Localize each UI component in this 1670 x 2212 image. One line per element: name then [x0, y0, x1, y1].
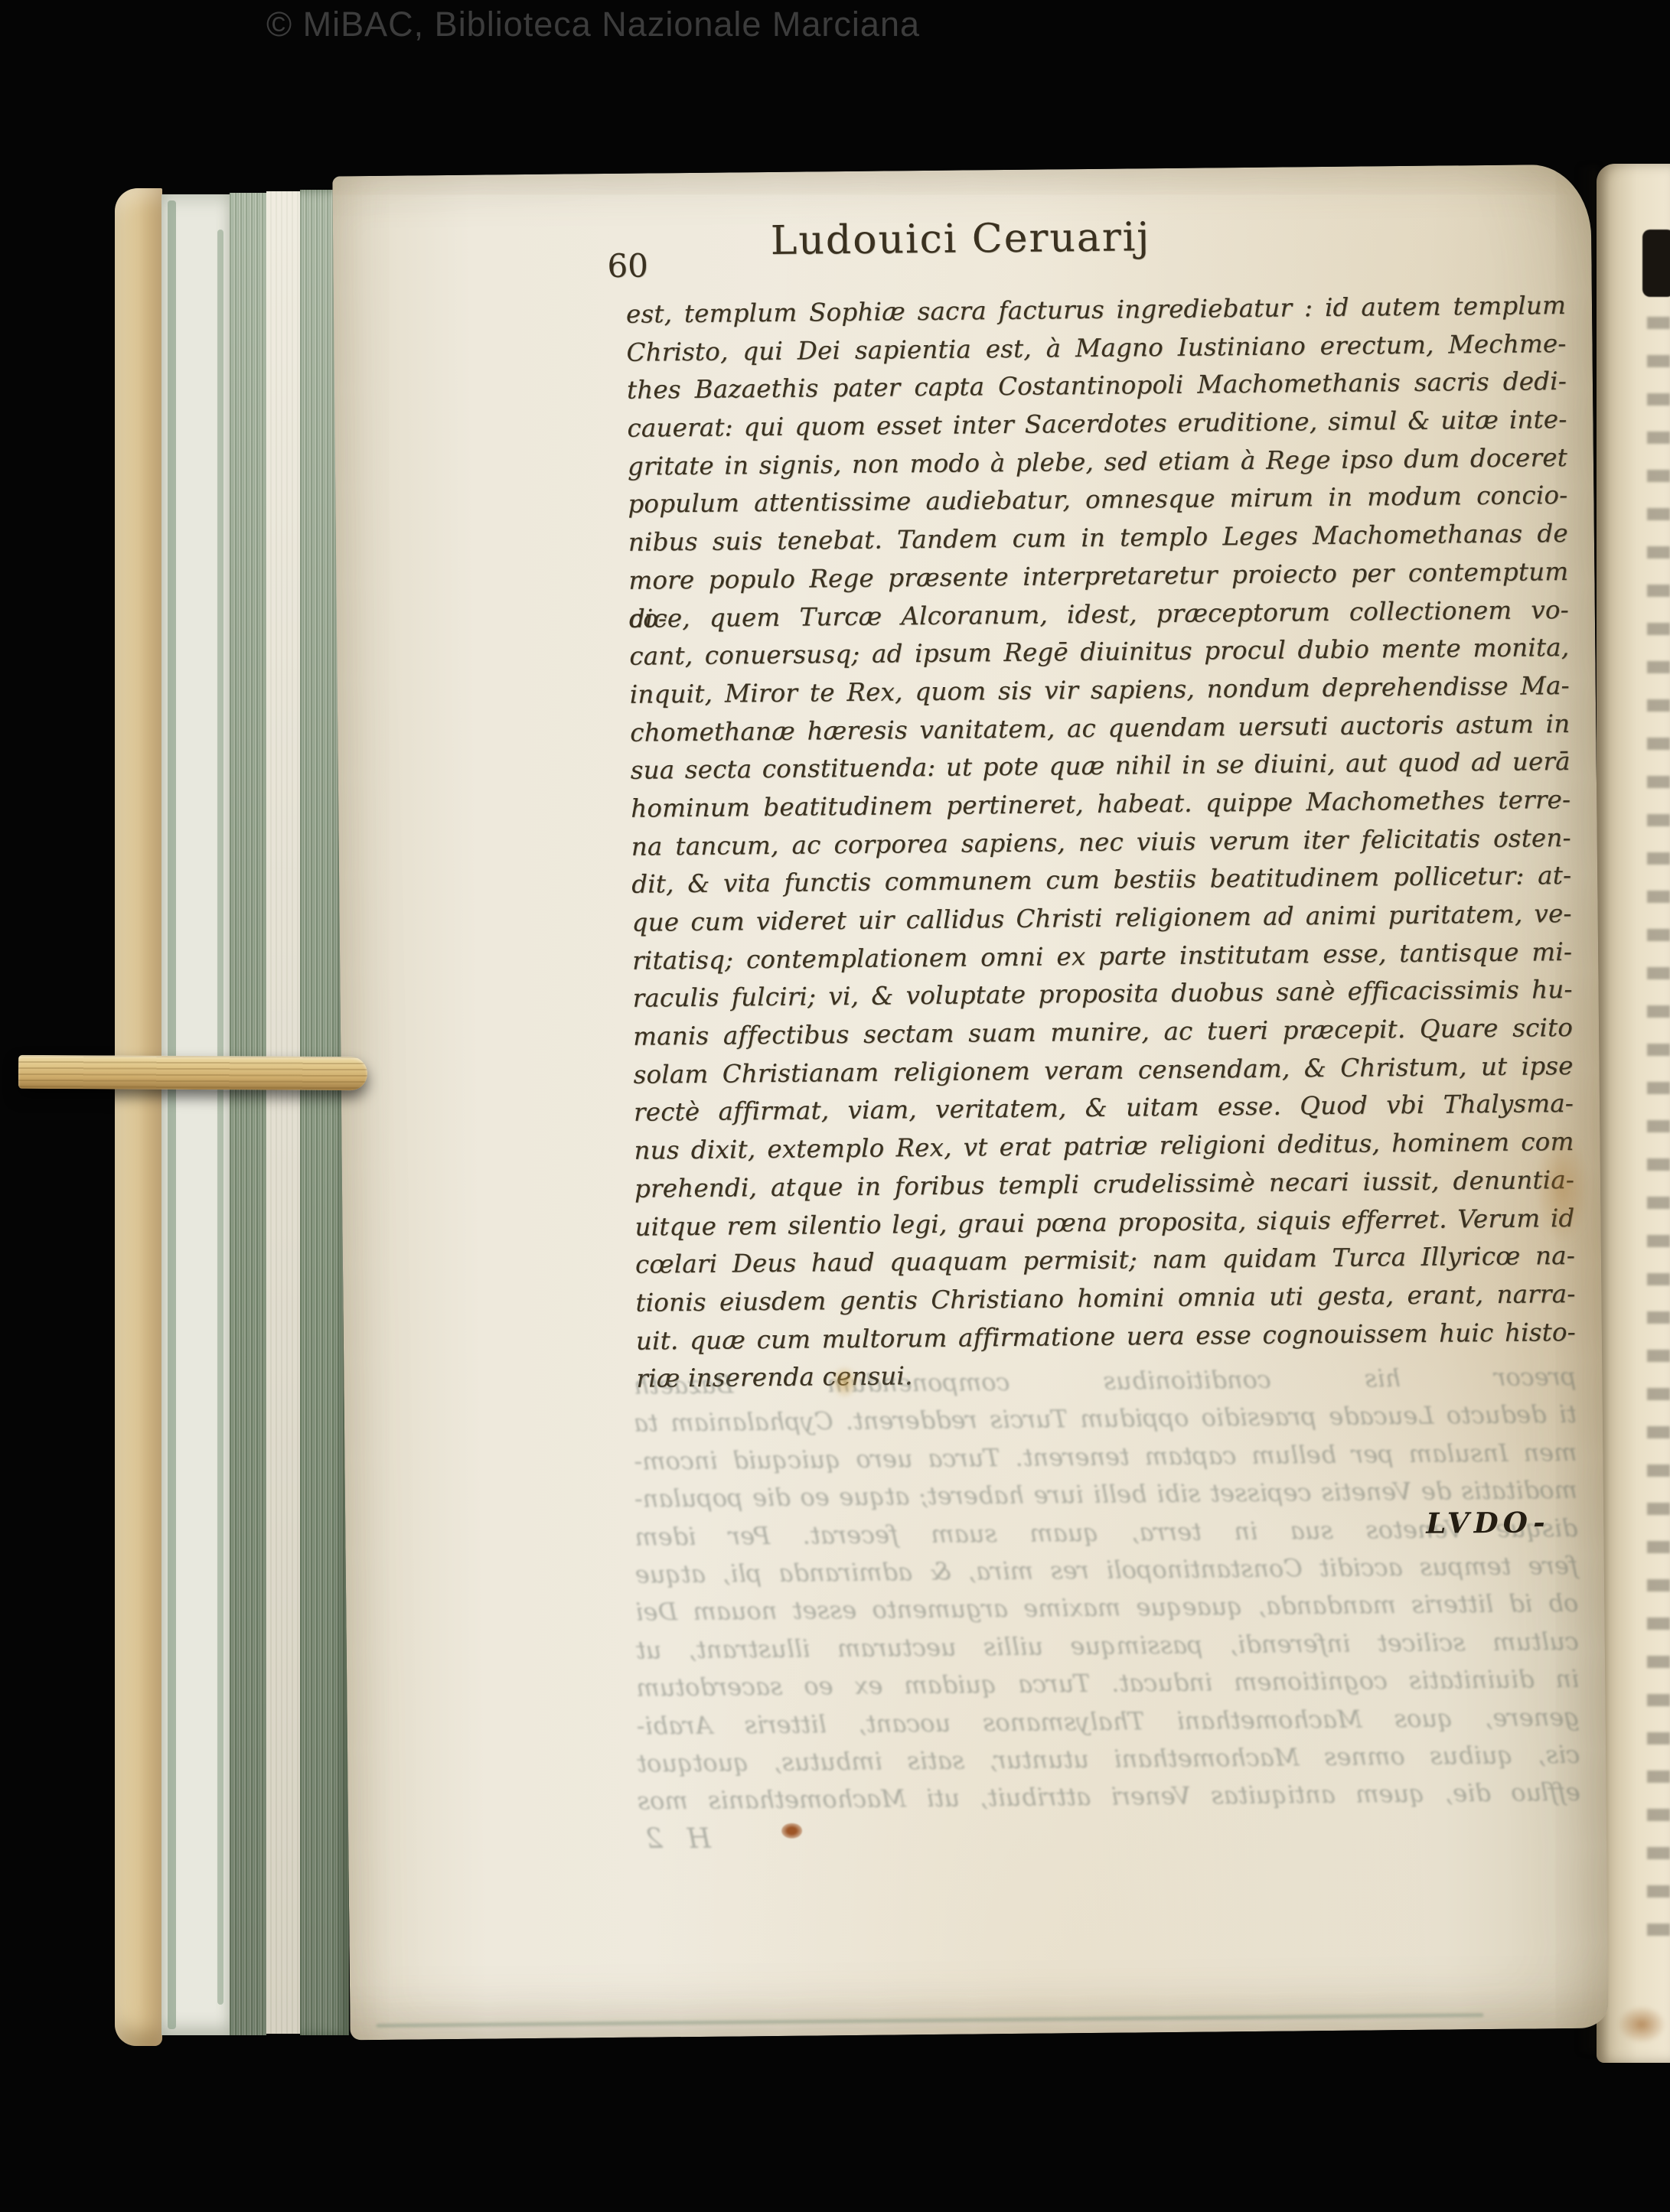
stain [830, 1365, 858, 1399]
wooden-bookmark-stick [18, 1055, 367, 1090]
running-header: Ludouici Ceruarij [693, 213, 1229, 265]
page-bottom-edge-line [376, 2013, 1483, 2028]
flyleaf-border-line [217, 230, 223, 2005]
body-text: est, templum Sophiæ sacra facturus ingre… [626, 287, 1577, 1399]
page-number: 60 [607, 246, 648, 285]
facing-page-clipped-text [1647, 279, 1670, 1946]
library-watermark: © MiBAC, Biblioteca Nazionale Marciana [266, 5, 920, 44]
facing-page-initial-letter-fragment [1642, 230, 1670, 297]
book-page: 60 Ludouici Ceruarij est, templum Sophiæ… [332, 165, 1608, 2041]
cream-fore-edge-band [266, 191, 300, 2034]
photo-of-open-book: © MiBAC, Biblioteca Nazionale Marciana 6… [0, 0, 1670, 2212]
flyleaf-border-line [168, 200, 176, 2029]
green-fore-edge [230, 193, 266, 2035]
catchword: LVDO- [1426, 1505, 1550, 1540]
stain [1618, 2006, 1665, 2043]
flyleaf-edge [161, 194, 230, 2035]
facing-page-sliver [1597, 164, 1670, 2063]
vellum-cover-edge [115, 188, 162, 2046]
stain [1534, 1130, 1590, 1246]
verso-showthrough-text: precor his conditionibus componendum Baz… [633, 1358, 1580, 1859]
